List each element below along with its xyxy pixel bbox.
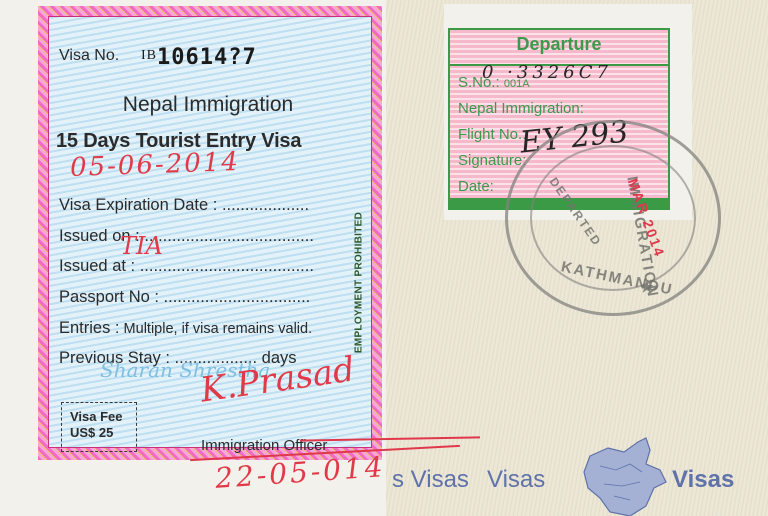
- star-icon: ★: [640, 278, 655, 296]
- handwritten-issued-at: TIA: [120, 232, 163, 260]
- departure-title: Departure: [450, 34, 668, 55]
- field-issued-on: Issued on : ............................…: [59, 227, 314, 246]
- visa-number-partial: ?7: [228, 45, 257, 70]
- visa-fee-box: Visa Fee US$ 25: [61, 402, 137, 452]
- field-label: Entries :: [59, 319, 120, 337]
- visa-fee-value: US$ 25: [70, 425, 136, 441]
- field-value: Multiple, if visa remains valid.: [120, 321, 313, 337]
- departure-date-row: Date:: [458, 178, 494, 195]
- page-watermark-visas-bold: Visas: [672, 466, 734, 494]
- departure-flight-row: Flight No.:: [458, 126, 526, 143]
- side-text-label: EMPLOYMENT PROHIBITED: [354, 183, 365, 383]
- visa-number: IB10614?7: [141, 45, 257, 70]
- field-entries: Entries : Multiple, if visa remains vali…: [59, 319, 312, 338]
- handwritten-serial: 0 ·3326C7: [482, 62, 612, 83]
- field-label: Visa Expiration Date :: [59, 196, 217, 214]
- kathmandu-departure-stamp: [505, 120, 721, 316]
- visa-fee-label: Visa Fee: [70, 409, 136, 425]
- field-label: Passport No :: [59, 288, 159, 306]
- field-passport-no: Passport No : ..........................…: [59, 288, 310, 307]
- page-watermark-visas-2: Visas: [487, 466, 545, 494]
- nepal-map-icon: [580, 436, 670, 516]
- issuing-authority: Nepal Immigration: [49, 93, 367, 117]
- field-dots: ...................: [217, 196, 309, 214]
- visa-number-label: Visa No.: [59, 47, 119, 65]
- page-watermark-visas-1: s Visas: [392, 466, 469, 494]
- visa-number-prefix: IB: [141, 48, 157, 63]
- field-dots: ................................: [159, 288, 310, 306]
- field-dots: .....................................: [140, 227, 314, 245]
- visa-number-digits: 10614: [157, 45, 228, 70]
- departure-signature-row: Signature:: [458, 152, 526, 169]
- handwritten-expiry-date: 05-06-2014: [70, 147, 241, 183]
- field-issued-at: Issued at : ............................…: [59, 257, 314, 276]
- departure-immigration-row: Nepal Immigration:: [458, 100, 584, 117]
- field-expiration-date: Visa Expiration Date : .................…: [59, 196, 309, 215]
